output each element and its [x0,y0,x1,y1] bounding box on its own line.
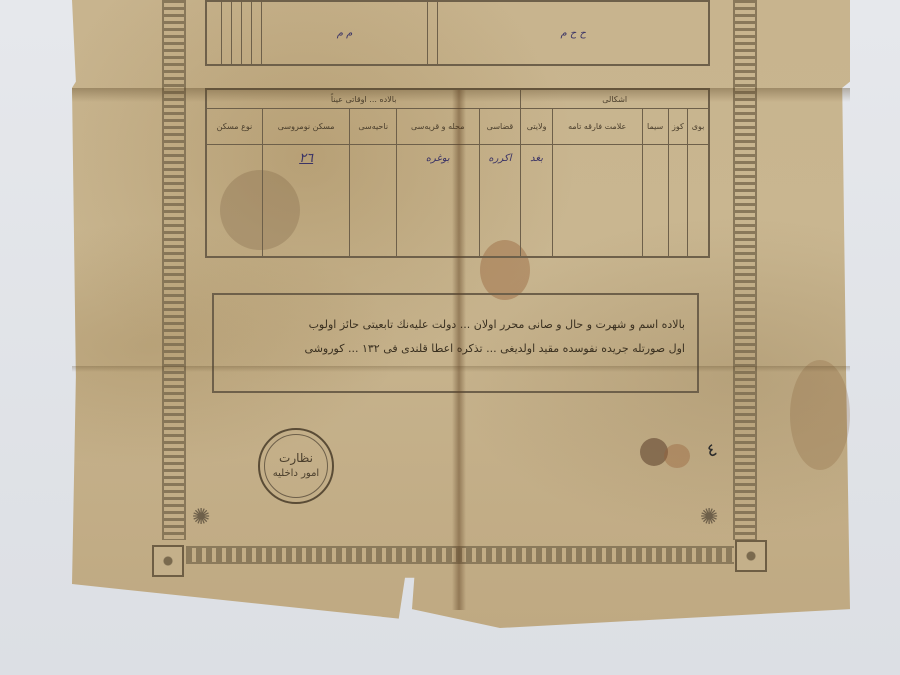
top-cell [428,1,438,65]
value-cell [552,145,642,258]
header-cell: بوی [688,109,709,145]
bottom-left-corner-ornament [152,545,184,577]
bottom-right-corner-ornament [735,540,767,572]
header-cell: ولایتی [521,109,552,145]
header-cell: سیما [642,109,668,145]
header-cell: علامت فارقه تامه [552,109,642,145]
right-fan-ornament: ✺ [700,505,718,530]
value-cell: ﺑﻐﺪ [521,145,552,258]
top-cell [241,1,251,65]
header-cell: کوز [668,109,687,145]
ministry-seal: نظارت امور داخلیه [258,428,334,504]
top-cell [221,1,231,65]
seal-line-1: نظارت [279,450,313,466]
value-cell [350,145,397,258]
top-cell [231,1,241,65]
seal-line-2: امور داخلیه [273,466,319,482]
value-cell [206,145,262,258]
value-cell: بوغره [396,145,479,258]
value-cell: اکرره [479,145,521,258]
value-cell [642,145,668,258]
value-cell: ٢٦ [262,145,350,258]
top-cell: م م [261,1,428,65]
header-cell: قضاسی [479,109,521,145]
header-cell: ناحیه‌سی [350,109,397,145]
top-table: ح ح م م م [205,0,710,66]
vertical-fold-crease [452,90,466,610]
top-cell [206,1,221,65]
top-cell: ح ح م [438,1,709,65]
header-cell: مسکن نومروسی [262,109,350,145]
left-fan-ornament: ✺ [192,505,210,530]
top-cell [251,1,261,65]
right-ornamental-border [733,0,757,540]
edge-stain [790,360,850,470]
value-cell [688,145,709,258]
header-cell: محله و قریه‌سی [396,109,479,145]
value-cell [668,145,687,258]
header-cell: نوع مسکن [206,109,262,145]
rust-stain-2 [664,444,690,468]
left-ornamental-border [162,0,186,540]
